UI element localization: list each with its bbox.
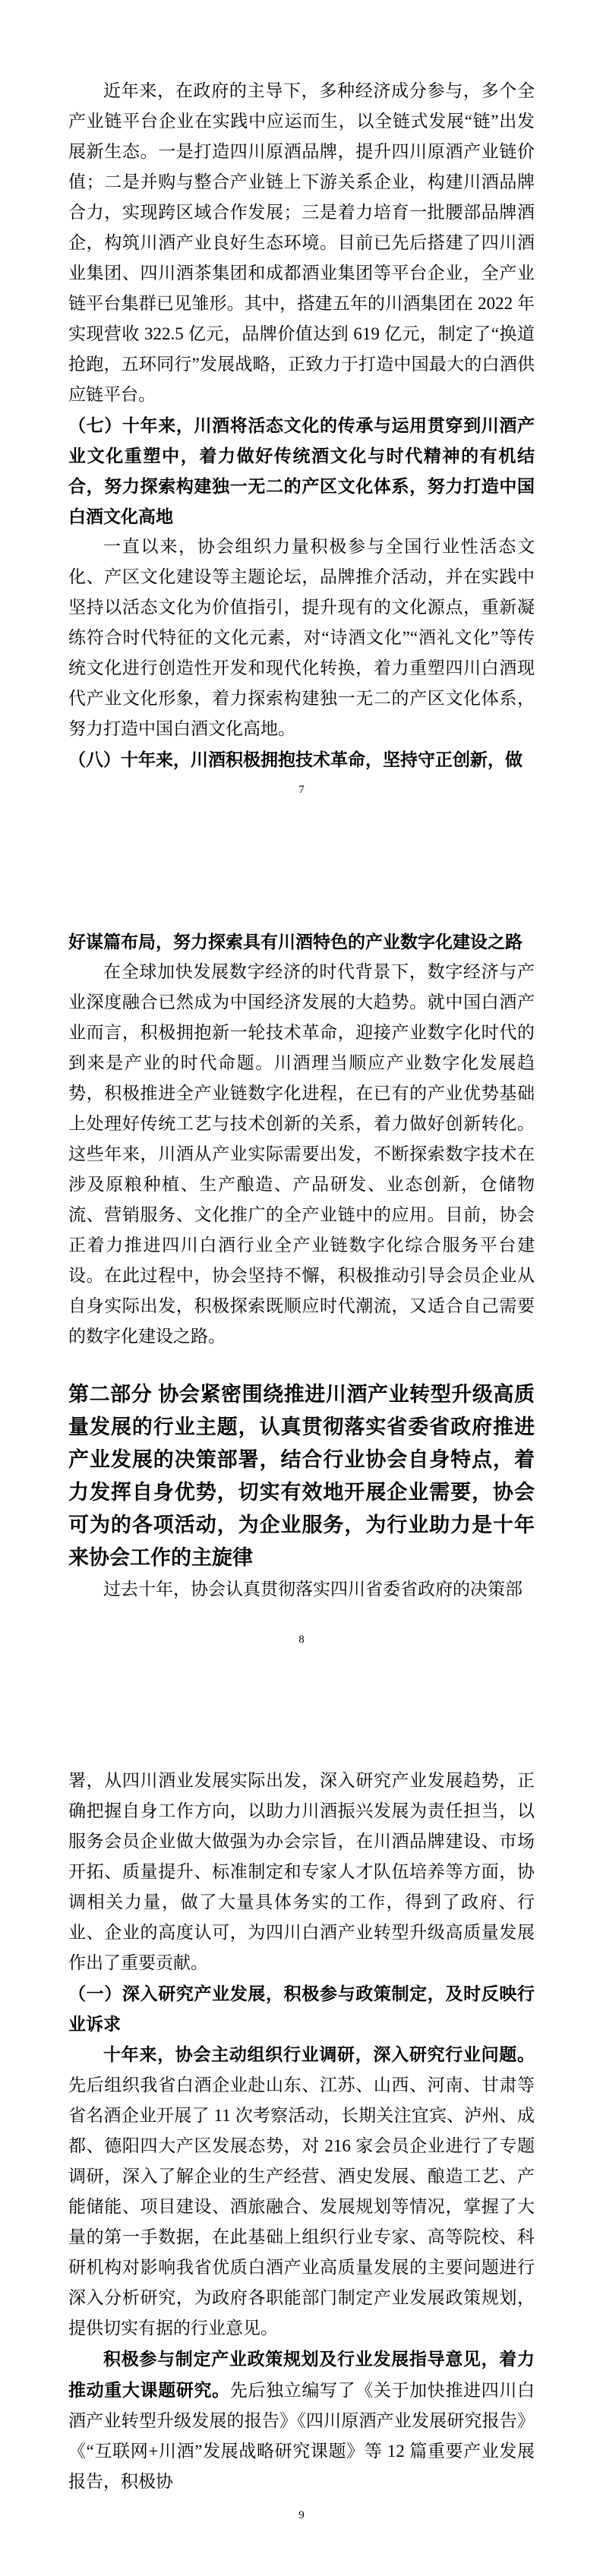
paragraph-platform-ecosystem: 近年来，在政府的主导下，多种经济成分参与，多个全产业链平台企业在实践中应运而生，… bbox=[68, 76, 535, 410]
subheading-section-7: （七）十年来，川酒将活态文化的传承与运用贯穿到川酒产业文化重塑中，着力做好传统酒… bbox=[68, 410, 535, 532]
paragraph-industry-research: 十年来，协会主动组织行业调研，深入研究行业问题。先后组织我省白酒企业赴山东、江苏… bbox=[68, 2039, 535, 2344]
paragraph-lead-bold: 十年来，协会主动组织行业调研，深入研究行业问题。 bbox=[103, 2044, 535, 2064]
subheading-section-1: （一）深入研究产业发展，积极参与政策制定，及时反映行业诉求 bbox=[68, 1978, 535, 2039]
paragraph-past-decade-start: 过去十年，协会认真贯彻落实四川省委省政府的决策部 bbox=[68, 1574, 535, 1605]
page-number: 8 bbox=[68, 1632, 535, 1647]
paragraph-policy-planning: 积极参与制定产业政策规划及行业发展指导意见，着力推动重大课题研究。先后独立编写了… bbox=[68, 2344, 535, 2497]
subheading-section-8: （八）十年来，川酒积极拥抱技术革命，坚持守正创新，做 bbox=[68, 744, 535, 775]
paragraph-culture: 一直以来，协会组织力量积极参与全国行业性活态文化、产区文化建设等主题论坛，品牌推… bbox=[68, 532, 535, 744]
page-number: 9 bbox=[68, 2508, 535, 2523]
page-9: 署，从四川酒业发展实际出发，深入研究产业发展趋势，正确把握自身工作方向，以助力川… bbox=[0, 1766, 603, 2523]
paragraph-rest: 先后组织我省白酒企业赴山东、江苏、山西、河南、甘肃等省名酒企业开展了 11 次考… bbox=[68, 2076, 535, 2338]
paragraph-digital-economy: 在全球加快发展数字经济的时代背景下，数字经济与产业深度融合已然成为中国经济发展的… bbox=[68, 957, 535, 1352]
heading-part-2: 第二部分 协会紧密围绕推进川酒产业转型升级高质量发展的行业主题，认真贯彻落实省委… bbox=[68, 1378, 535, 1574]
page-number: 7 bbox=[68, 782, 535, 797]
subheading-section-8-continued: 好谋篇布局，努力探索具有川酒特色的产业数字化建设之路 bbox=[68, 927, 535, 957]
document-view: 近年来，在政府的主导下，多种经济成分参与，多个全产业链平台企业在实践中应运而生，… bbox=[0, 0, 603, 2576]
paragraph-past-decade-continued: 署，从四川酒业发展实际出发，深入研究产业发展趋势，正确把握自身工作方向，以助力川… bbox=[68, 1766, 535, 1978]
page-7: 近年来，在政府的主导下，多种经济成分参与，多个全产业链平台企业在实践中应运而生，… bbox=[0, 0, 603, 797]
page-8: 好谋篇布局，努力探索具有川酒特色的产业数字化建设之路 在全球加快发展数字经济的时… bbox=[0, 927, 603, 1647]
